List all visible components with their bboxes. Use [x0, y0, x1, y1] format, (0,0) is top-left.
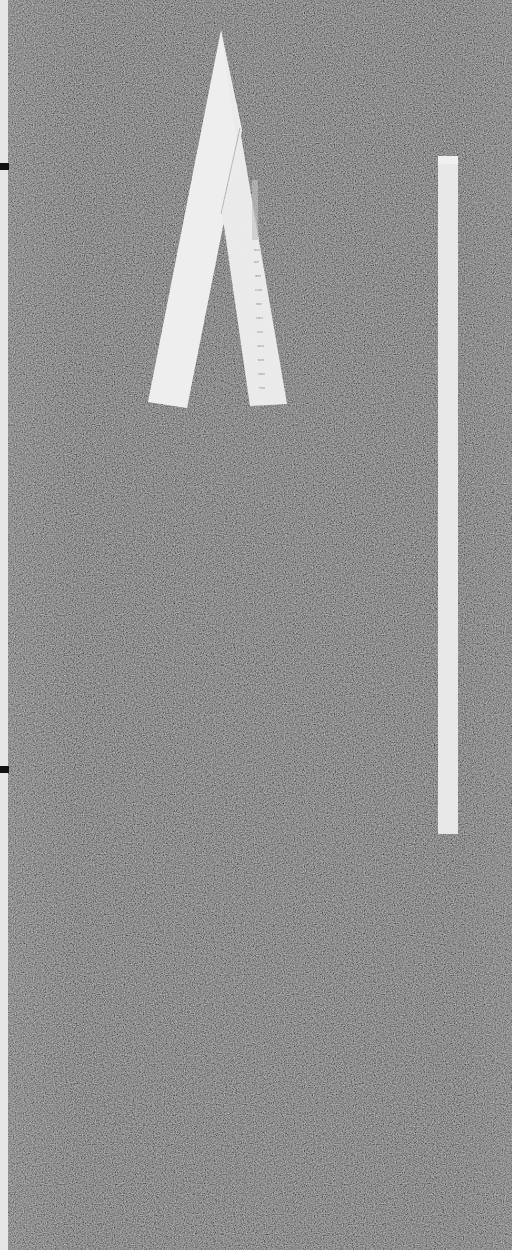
fork-arrow-marking [148, 30, 287, 408]
pavement-markings [0, 0, 512, 1250]
lane-line [438, 156, 458, 834]
road-scene [0, 0, 512, 1250]
